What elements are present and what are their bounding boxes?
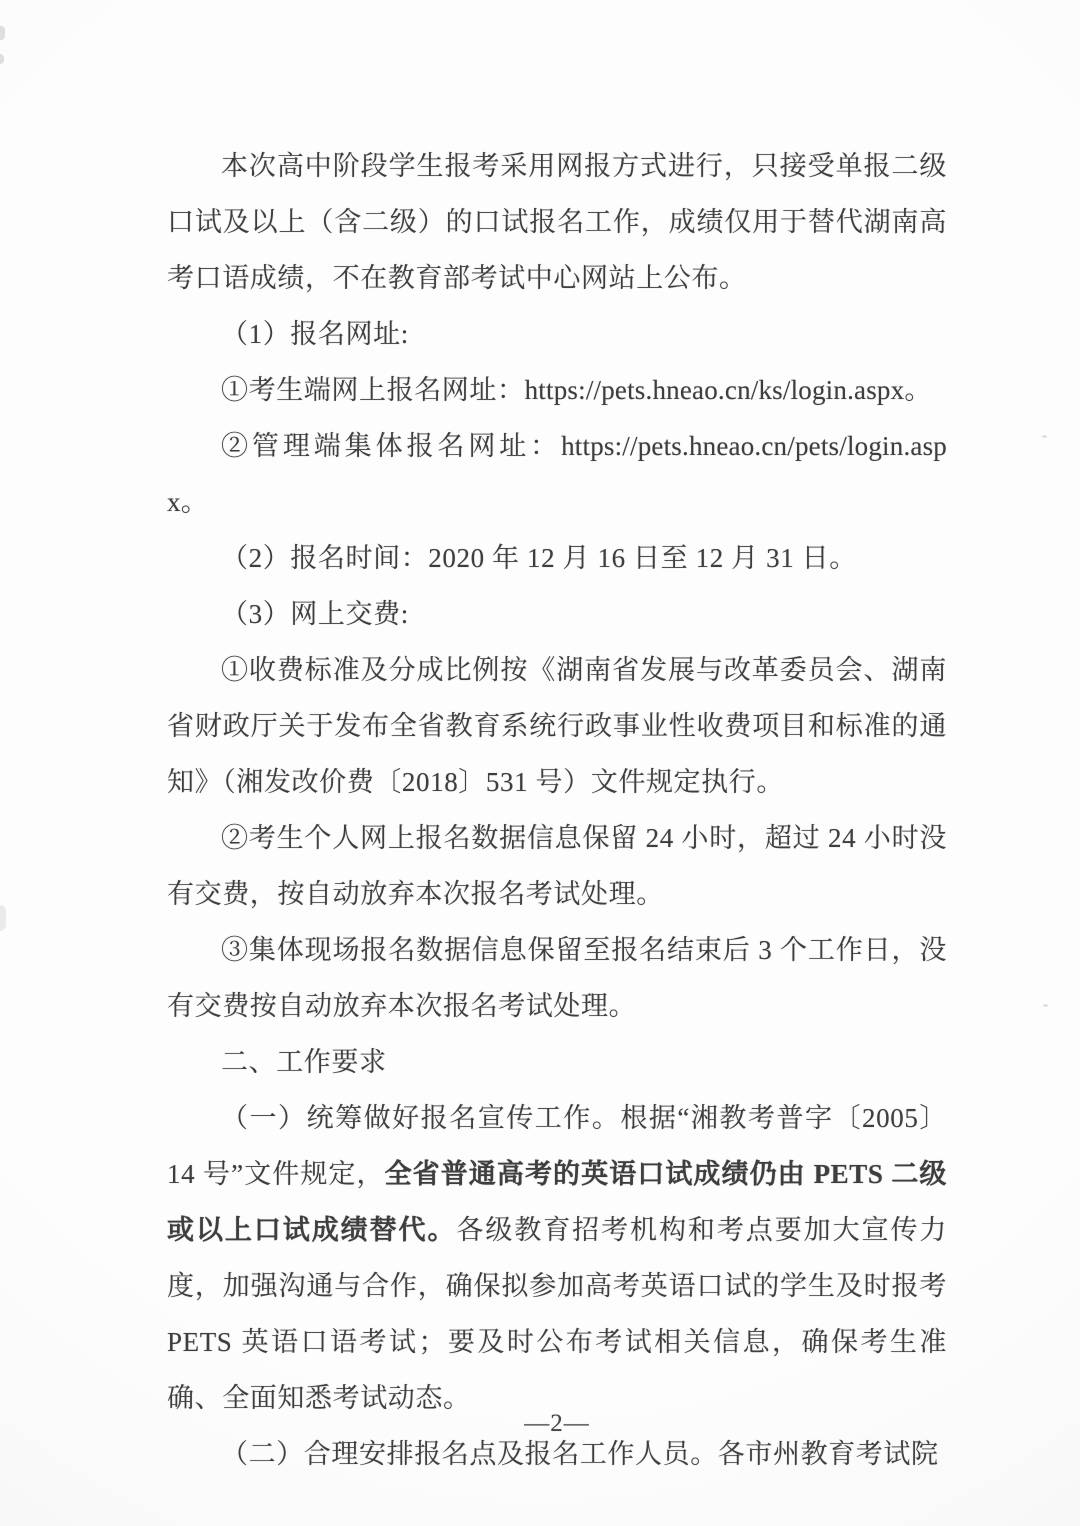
scan-artifact: [0, 54, 4, 64]
item-registration-website-heading: （1）报名网址:: [167, 306, 947, 362]
paragraph-group-data-retention: ③集体现场报名数据信息保留至报名结束后 3 个工作日，没有交费按自动放弃本次报名…: [167, 922, 947, 1034]
paragraph-requirement-publicity: （一）统筹做好报名宣传工作。根据“湘教考普字〔2005〕14 号”文件规定，全省…: [167, 1090, 947, 1426]
paragraph-candidate-registration-url: ①考生端网上报名网址：https://pets.hneao.cn/ks/logi…: [167, 362, 947, 418]
scan-artifact: [1042, 435, 1047, 438]
paragraph-fee-standard: ①收费标准及分成比例按《湖南省发展与改革委员会、湖南省财政厅关于发布全省教育系统…: [167, 642, 947, 810]
page-footer: —2—: [167, 1404, 947, 1444]
admin-url-label: ②管理端集体报名网址：: [221, 431, 561, 461]
document-body: 本次高中阶段学生报考采用网报方式进行，只接受单报二级口试及以上（含二级）的口试报…: [167, 138, 947, 1482]
candidate-url-label: ①考生端网上报名网址：: [221, 375, 525, 405]
paragraph-individual-data-retention: ②考生个人网上报名数据信息保留 24 小时，超过 24 小时没有交费，按自动放弃…: [167, 810, 947, 922]
scan-artifact: [0, 26, 5, 40]
scan-artifact: [0, 905, 6, 931]
scanned-document-page: 本次高中阶段学生报考采用网报方式进行，只接受单报二级口试及以上（含二级）的口试报…: [0, 0, 1080, 1526]
item-registration-time: （2）报名时间：2020 年 12 月 16 日至 12 月 31 日。: [167, 530, 947, 586]
candidate-registration-url: https://pets.hneao.cn/ks/login.aspx。: [525, 375, 932, 405]
paragraph-intro: 本次高中阶段学生报考采用网报方式进行，只接受单报二级口试及以上（含二级）的口试报…: [167, 138, 947, 306]
page-number: —2—: [524, 1410, 590, 1437]
scan-artifact: [1043, 1004, 1048, 1007]
item-online-payment-heading: （3）网上交费:: [167, 586, 947, 642]
paragraph-admin-registration-url: ②管理端集体报名网址：https://pets.hneao.cn/pets/lo…: [167, 418, 947, 530]
section-work-requirements-heading: 二、工作要求: [167, 1034, 947, 1090]
